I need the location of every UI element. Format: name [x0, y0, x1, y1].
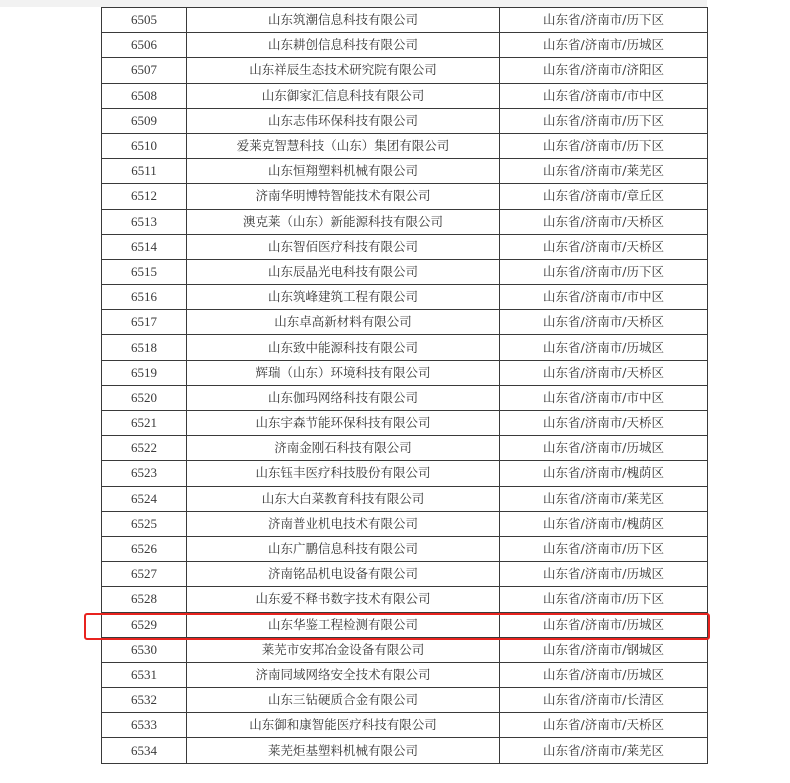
row-number: 6532: [102, 688, 187, 713]
table-row: 6533山东御和康智能医疗科技有限公司山东省/济南市/天桥区: [102, 713, 708, 738]
region: 山东省/济南市/钢城区: [500, 637, 708, 662]
row-number: 6512: [102, 184, 187, 209]
company-name: 济南铭品机电设备有限公司: [187, 562, 500, 587]
region: 山东省/济南市/历下区: [500, 133, 708, 158]
region: 山东省/济南市/历下区: [500, 587, 708, 612]
region: 山东省/济南市/市中区: [500, 385, 708, 410]
region: 山东省/济南市/历下区: [500, 8, 708, 33]
table-row: 6517山东卓高新材料有限公司山东省/济南市/天桥区: [102, 310, 708, 335]
region: 山东省/济南市/天桥区: [500, 310, 708, 335]
region: 山东省/济南市/历城区: [500, 335, 708, 360]
row-number: 6527: [102, 562, 187, 587]
company-name: 山东广鹏信息科技有限公司: [187, 536, 500, 561]
table-row: 6534莱芜炬基塑料机械有限公司山东省/济南市/莱芜区: [102, 738, 708, 763]
company-name: 山东大白菜教育科技有限公司: [187, 486, 500, 511]
company-name: 济南华明博特智能技术有限公司: [187, 184, 500, 209]
row-number: 6531: [102, 662, 187, 687]
row-number: 6519: [102, 360, 187, 385]
region: 山东省/济南市/市中区: [500, 83, 708, 108]
row-number: 6511: [102, 159, 187, 184]
company-name: 山东智佰医疗科技有限公司: [187, 234, 500, 259]
row-number: 6523: [102, 461, 187, 486]
company-name: 济南普业机电技术有限公司: [187, 511, 500, 536]
region: 山东省/济南市/历城区: [500, 436, 708, 461]
company-name: 山东祥辰生态技术研究院有限公司: [187, 58, 500, 83]
company-name: 山东伽玛网络科技有限公司: [187, 385, 500, 410]
region: 山东省/济南市/槐荫区: [500, 461, 708, 486]
table-row: 6526山东广鹏信息科技有限公司山东省/济南市/历下区: [102, 536, 708, 561]
row-number: 6522: [102, 436, 187, 461]
company-name: 济南金刚石科技有限公司: [187, 436, 500, 461]
region: 山东省/济南市/市中区: [500, 285, 708, 310]
region: 山东省/济南市/莱芜区: [500, 159, 708, 184]
table-row: 6519辉瑞（山东）环境科技有限公司山东省/济南市/天桥区: [102, 360, 708, 385]
table-row: 6505山东筑潮信息科技有限公司山东省/济南市/历下区: [102, 8, 708, 33]
table-row: 6518山东致中能源科技有限公司山东省/济南市/历城区: [102, 335, 708, 360]
company-name: 山东华鉴工程检测有限公司: [187, 612, 500, 637]
region: 山东省/济南市/历城区: [500, 33, 708, 58]
region: 山东省/济南市/莱芜区: [500, 486, 708, 511]
company-name: 山东宇森节能环保科技有限公司: [187, 411, 500, 436]
company-name: 济南同域网络安全技术有限公司: [187, 662, 500, 687]
table-row: 6528山东爱不释书数字技术有限公司山东省/济南市/历下区: [102, 587, 708, 612]
row-number: 6524: [102, 486, 187, 511]
row-number: 6508: [102, 83, 187, 108]
company-list-table-wrapper: 6505山东筑潮信息科技有限公司山东省/济南市/历下区6506山东耕创信息科技有…: [101, 7, 707, 764]
table-row: 6506山东耕创信息科技有限公司山东省/济南市/历城区: [102, 33, 708, 58]
company-name: 山东致中能源科技有限公司: [187, 335, 500, 360]
region: 山东省/济南市/长清区: [500, 688, 708, 713]
table-row: 6532山东三钻硬质合金有限公司山东省/济南市/长清区: [102, 688, 708, 713]
company-name: 山东筑潮信息科技有限公司: [187, 8, 500, 33]
row-number: 6528: [102, 587, 187, 612]
company-name: 爱莱克智慧科技（山东）集团有限公司: [187, 133, 500, 158]
table-row: 6525济南普业机电技术有限公司山东省/济南市/槐荫区: [102, 511, 708, 536]
row-number: 6529: [102, 612, 187, 637]
row-number: 6515: [102, 259, 187, 284]
page-top-strip: [0, 0, 707, 7]
region: 山东省/济南市/天桥区: [500, 209, 708, 234]
row-number: 6513: [102, 209, 187, 234]
table-row: 6507山东祥辰生态技术研究院有限公司山东省/济南市/济阳区: [102, 58, 708, 83]
table-row: 6530莱芜市安邦冶金设备有限公司山东省/济南市/钢城区: [102, 637, 708, 662]
table-row: 6514山东智佰医疗科技有限公司山东省/济南市/天桥区: [102, 234, 708, 259]
company-name: 山东辰晶光电科技有限公司: [187, 259, 500, 284]
row-number: 6533: [102, 713, 187, 738]
region: 山东省/济南市/天桥区: [500, 234, 708, 259]
table-row: 6524山东大白菜教育科技有限公司山东省/济南市/莱芜区: [102, 486, 708, 511]
region: 山东省/济南市/天桥区: [500, 713, 708, 738]
company-name: 莱芜市安邦冶金设备有限公司: [187, 637, 500, 662]
row-number: 6530: [102, 637, 187, 662]
table-row: 6515山东辰晶光电科技有限公司山东省/济南市/历下区: [102, 259, 708, 284]
table-row: 6516山东筑峰建筑工程有限公司山东省/济南市/市中区: [102, 285, 708, 310]
company-name: 山东筑峰建筑工程有限公司: [187, 285, 500, 310]
company-name: 山东志伟环保科技有限公司: [187, 108, 500, 133]
table-row: 6508山东御家汇信息科技有限公司山东省/济南市/市中区: [102, 83, 708, 108]
company-name: 山东爱不释书数字技术有限公司: [187, 587, 500, 612]
region: 山东省/济南市/莱芜区: [500, 738, 708, 763]
row-number: 6509: [102, 108, 187, 133]
company-name: 山东御家汇信息科技有限公司: [187, 83, 500, 108]
region: 山东省/济南市/历城区: [500, 612, 708, 637]
row-number: 6520: [102, 385, 187, 410]
region: 山东省/济南市/历城区: [500, 562, 708, 587]
region: 山东省/济南市/天桥区: [500, 411, 708, 436]
table-row: 6511山东恒翔塑料机械有限公司山东省/济南市/莱芜区: [102, 159, 708, 184]
table-row: 6521山东宇森节能环保科技有限公司山东省/济南市/天桥区: [102, 411, 708, 436]
region: 山东省/济南市/历下区: [500, 259, 708, 284]
company-list-table: 6505山东筑潮信息科技有限公司山东省/济南市/历下区6506山东耕创信息科技有…: [101, 7, 708, 764]
table-row: 6523山东钰丰医疗科技股份有限公司山东省/济南市/槐荫区: [102, 461, 708, 486]
row-number: 6518: [102, 335, 187, 360]
company-name: 山东恒翔塑料机械有限公司: [187, 159, 500, 184]
row-number: 6521: [102, 411, 187, 436]
region: 山东省/济南市/历下区: [500, 108, 708, 133]
row-number: 6525: [102, 511, 187, 536]
row-number: 6534: [102, 738, 187, 763]
company-name: 山东钰丰医疗科技股份有限公司: [187, 461, 500, 486]
row-number: 6526: [102, 536, 187, 561]
table-row: 6510爱莱克智慧科技（山东）集团有限公司山东省/济南市/历下区: [102, 133, 708, 158]
company-name: 山东卓高新材料有限公司: [187, 310, 500, 335]
company-name: 山东御和康智能医疗科技有限公司: [187, 713, 500, 738]
region: 山东省/济南市/历下区: [500, 536, 708, 561]
table-row: 6520山东伽玛网络科技有限公司山东省/济南市/市中区: [102, 385, 708, 410]
company-name: 澳克莱（山东）新能源科技有限公司: [187, 209, 500, 234]
company-name: 莱芜炬基塑料机械有限公司: [187, 738, 500, 763]
table-row: 6509山东志伟环保科技有限公司山东省/济南市/历下区: [102, 108, 708, 133]
row-number: 6510: [102, 133, 187, 158]
region: 山东省/济南市/济阳区: [500, 58, 708, 83]
row-number: 6516: [102, 285, 187, 310]
row-number: 6514: [102, 234, 187, 259]
table-row: 6531济南同域网络安全技术有限公司山东省/济南市/历城区: [102, 662, 708, 687]
table-row: 6527济南铭品机电设备有限公司山东省/济南市/历城区: [102, 562, 708, 587]
region: 山东省/济南市/槐荫区: [500, 511, 708, 536]
table-row: 6512济南华明博特智能技术有限公司山东省/济南市/章丘区: [102, 184, 708, 209]
company-name: 辉瑞（山东）环境科技有限公司: [187, 360, 500, 385]
company-name: 山东三钻硬质合金有限公司: [187, 688, 500, 713]
table-row: 6513澳克莱（山东）新能源科技有限公司山东省/济南市/天桥区: [102, 209, 708, 234]
table-row-highlighted: 6529山东华鉴工程检测有限公司山东省/济南市/历城区: [102, 612, 708, 637]
row-number: 6506: [102, 33, 187, 58]
region: 山东省/济南市/章丘区: [500, 184, 708, 209]
region: 山东省/济南市/天桥区: [500, 360, 708, 385]
table-row: 6522济南金刚石科技有限公司山东省/济南市/历城区: [102, 436, 708, 461]
row-number: 6505: [102, 8, 187, 33]
row-number: 6507: [102, 58, 187, 83]
region: 山东省/济南市/历城区: [500, 662, 708, 687]
company-name: 山东耕创信息科技有限公司: [187, 33, 500, 58]
row-number: 6517: [102, 310, 187, 335]
